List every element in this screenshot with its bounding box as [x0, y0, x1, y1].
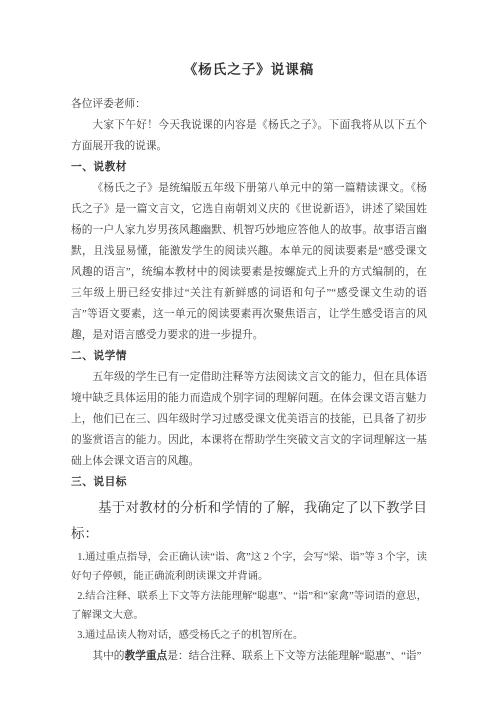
goal-item-2: 2.结合注释、联系上下文等方法能理解“聪惠”、“诣”和“家禽”等词语的意思，了解…	[71, 587, 427, 625]
key-point-prefix: 其中的	[92, 650, 124, 662]
goal-item-3: 3.通过品读人物对话，感受杨氏之子的机智所在。	[71, 626, 427, 645]
section2-paragraph: 五年级的学生已有一定借助注释等方法阅读文言文的能力，但在具体语境中缺乏具体运用的…	[71, 367, 427, 472]
goal-item-1: 1.通过重点指导，会正确认读“诣、禽”这 2 个字，会写“梁、诣”等 3 个字，…	[71, 548, 427, 586]
document-page: 《杨氏之子》说课稿 各位评委老师： 大家下午好！今天我说课的内容是《杨氏之子》。…	[0, 0, 499, 706]
opening-paragraph: 大家下午好！今天我说课的内容是《杨氏之子》。下面我将从以下五个方面展开我的说课。	[71, 115, 427, 157]
teaching-goals-intro: 基于对教材的分析和学情的了解，我确定了以下教学目标：	[71, 495, 427, 547]
document-title: 《杨氏之子》说课稿	[71, 60, 427, 80]
key-point-bold-term: 教学重点	[124, 650, 167, 662]
greeting-line: 各位评委老师：	[71, 94, 427, 115]
key-point-suffix: 是：结合注释、联系上下文等方法能理解“聪惠”、“诣”	[167, 650, 421, 662]
key-point-paragraph: 其中的教学重点是：结合注释、联系上下文等方法能理解“聪惠”、“诣”	[71, 646, 427, 667]
section1-paragraph: 《杨氏之子》是统编版五年级下册第八单元中的第一篇精读课文。《杨氏之子》是一篇文言…	[71, 178, 427, 346]
section3-heading: 三、说目标	[71, 472, 427, 493]
section1-heading: 一、说教材	[71, 157, 427, 178]
section2-heading: 二、说学情	[71, 346, 427, 367]
